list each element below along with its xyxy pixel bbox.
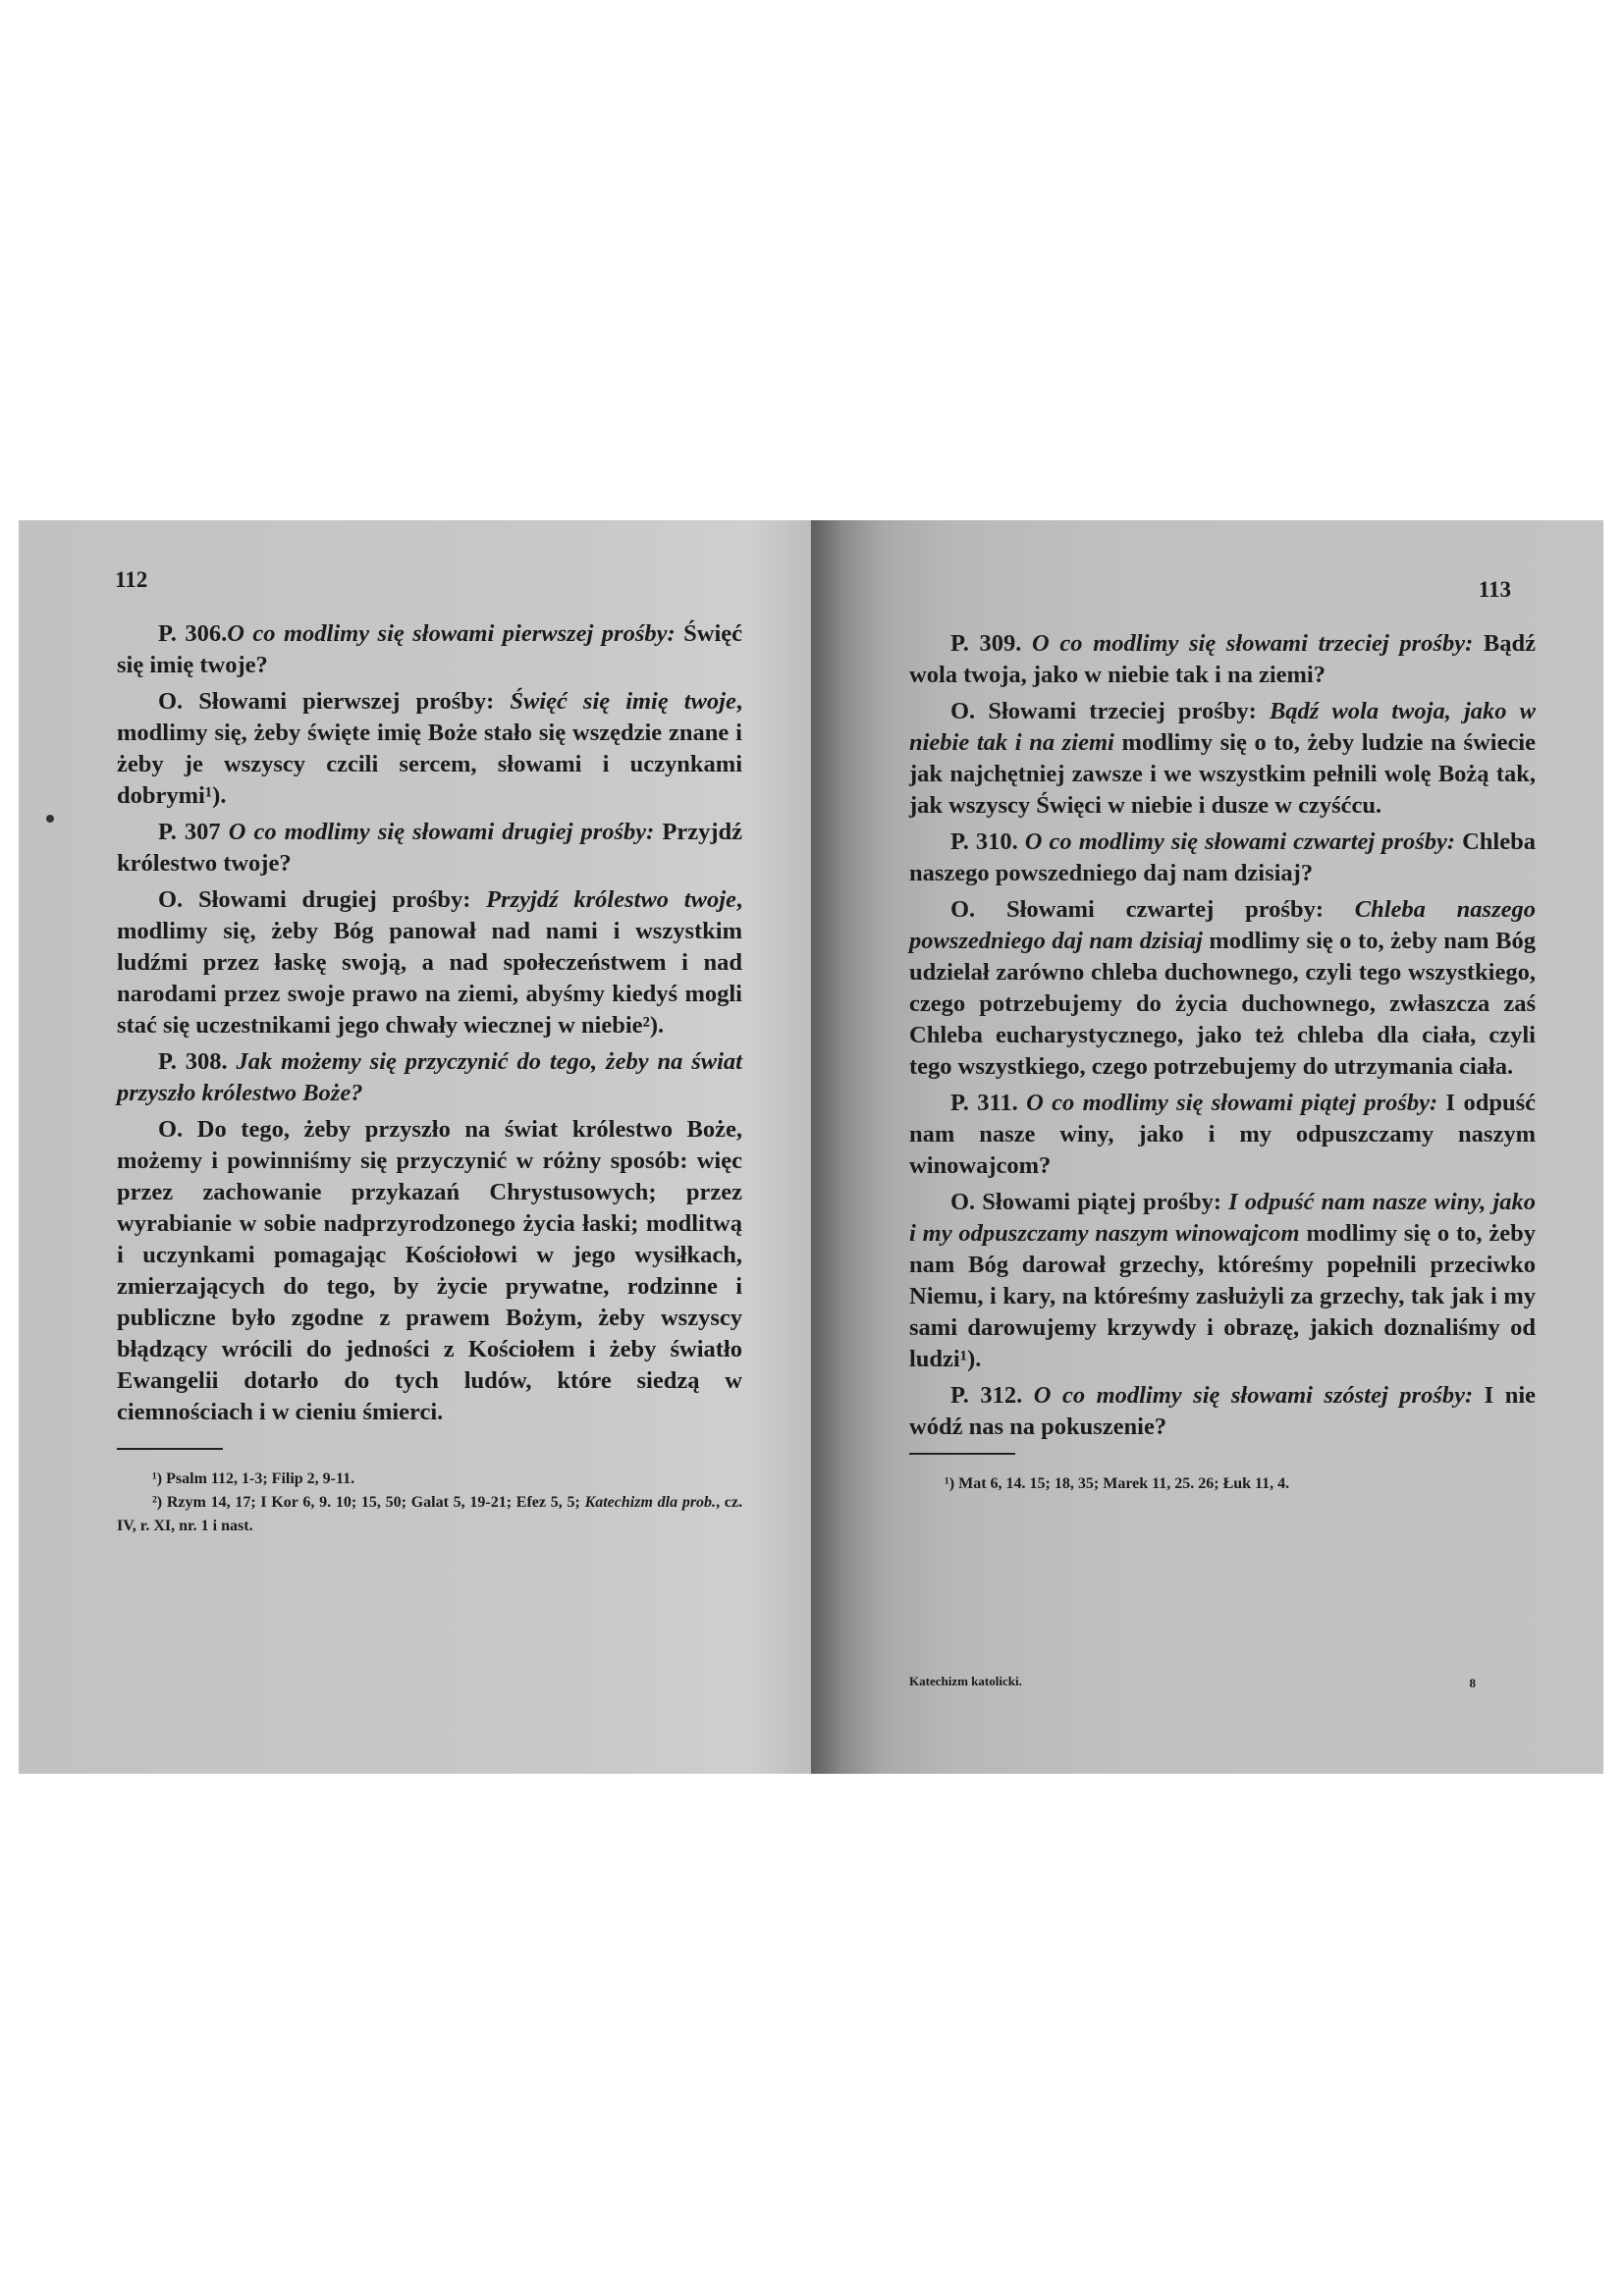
question-paragraph: P. 310. O co modlimy się słowami czwarte… bbox=[909, 827, 1536, 889]
answer-paragraph: O. Słowami czwartej prośby: Chleba nasze… bbox=[909, 894, 1536, 1083]
footnote: ¹) Mat 6, 14. 15; 18, 35; Marek 11, 25. … bbox=[909, 1472, 1536, 1496]
paragraph-label: O. bbox=[158, 1116, 183, 1143]
book-spread-scan: 112 P. 306.O co modlimy się słowami pier… bbox=[19, 520, 1603, 1774]
question-paragraph: P. 309. O co modlimy się słowami trzecie… bbox=[909, 628, 1536, 691]
signature-title: Katechizm katolicki. bbox=[909, 1674, 1022, 1689]
question-paragraph: P. 307 O co modlimy się słowami drugiej … bbox=[117, 817, 742, 880]
answer-paragraph: O. Słowami piątej prośby: I odpuść nam n… bbox=[909, 1187, 1536, 1375]
paragraph-italic-text: O co modlimy się słowami trzeciej prośby… bbox=[1021, 630, 1473, 657]
paragraph-label: P. 308. bbox=[158, 1048, 228, 1075]
left-page: 112 P. 306.O co modlimy się słowami pier… bbox=[19, 520, 811, 1774]
paragraph-label: P. 306. bbox=[158, 620, 227, 647]
paragraph-text: Słowami pierwszej prośby: bbox=[183, 688, 510, 715]
paragraph-text: Do tego, żeby przyszło na świat królestw… bbox=[117, 1116, 742, 1425]
page-number: 112 bbox=[115, 567, 147, 593]
question-paragraph: P. 312. O co modlimy się słowami szóstej… bbox=[909, 1380, 1536, 1443]
paragraph-label: P. 307 bbox=[158, 819, 221, 845]
question-paragraph: P. 311. O co modlimy się słowami piątej … bbox=[909, 1088, 1536, 1182]
paragraph-text: Słowami czwartej prośby: bbox=[975, 896, 1355, 923]
footnote: ²) Rzym 14, 17; I Kor 6, 9. 10; 15, 50; … bbox=[117, 1491, 742, 1538]
paragraph-italic-text: O co modlimy się słowami czwartej prośby… bbox=[1018, 828, 1455, 855]
signature-number: 8 bbox=[1470, 1676, 1477, 1691]
paragraph-text: Słowami drugiej prośby: bbox=[183, 886, 486, 913]
question-paragraph: P. 308. Jak możemy się przyczynić do teg… bbox=[117, 1046, 742, 1109]
paragraph-italic-text: Przyjdź królestwo twoje bbox=[486, 886, 736, 913]
answer-paragraph: O. Słowami trzeciej prośby: Bądź wola tw… bbox=[909, 696, 1536, 822]
right-page: 113 P. 309. O co modlimy się słowami trz… bbox=[811, 520, 1603, 1774]
paragraph-label: O. bbox=[158, 688, 183, 715]
footnote-separator bbox=[117, 1448, 223, 1450]
footnote-separator bbox=[909, 1453, 1015, 1455]
scan-speck bbox=[46, 815, 54, 823]
paragraph-italic-text: O co modlimy się słowami drugiej prośby: bbox=[221, 819, 655, 845]
question-paragraph: P. 306.O co modlimy się słowami pierwsze… bbox=[117, 618, 742, 681]
answer-paragraph: O. Słowami pierwszej prośby: Święć się i… bbox=[117, 686, 742, 812]
page-number: 113 bbox=[1479, 577, 1511, 603]
paragraph-label: P. 312. bbox=[950, 1382, 1022, 1409]
paragraph-text: Słowami trzeciej prośby: bbox=[975, 698, 1270, 724]
footnote-text: ¹) Psalm 112, 1-3; Filip 2, 9-11. bbox=[152, 1470, 354, 1487]
paragraph-label: P. 311. bbox=[950, 1090, 1018, 1116]
page-body: P. 309. O co modlimy się słowami trzecie… bbox=[909, 628, 1536, 1496]
footnote-italic-text: Katechizm dla prob. bbox=[585, 1494, 717, 1511]
paragraph-italic-text: O co modlimy się słowami pierwszej prośb… bbox=[227, 620, 675, 647]
paragraph-italic-text: O co modlimy się słowami piątej prośby: bbox=[1018, 1090, 1437, 1116]
footnote: ¹) Psalm 112, 1-3; Filip 2, 9-11. bbox=[117, 1468, 742, 1491]
paragraph-label: O. bbox=[158, 886, 183, 913]
answer-paragraph: O. Słowami drugiej prośby: Przyjdź króle… bbox=[117, 884, 742, 1041]
page-body: P. 306.O co modlimy się słowami pierwsze… bbox=[117, 618, 742, 1538]
paragraph-label: O. bbox=[950, 896, 975, 923]
paragraph-label: O. bbox=[950, 1189, 975, 1215]
paragraph-italic-text: Święć się imię twoje bbox=[510, 688, 735, 715]
paragraph-italic-text: O co modlimy się słowami szóstej prośby: bbox=[1022, 1382, 1473, 1409]
paragraph-label: P. 309. bbox=[950, 630, 1021, 657]
footnote-text: ²) Rzym 14, 17; I Kor 6, 9. 10; 15, 50; … bbox=[152, 1494, 585, 1511]
paragraph-text: Słowami piątej prośby: bbox=[975, 1189, 1228, 1215]
answer-paragraph: O. Do tego, żeby przyszło na świat króle… bbox=[117, 1114, 742, 1428]
footnote-text: ¹) Mat 6, 14. 15; 18, 35; Marek 11, 25. … bbox=[945, 1475, 1289, 1492]
paragraph-label: O. bbox=[950, 698, 975, 724]
paragraph-label: P. 310. bbox=[950, 828, 1018, 855]
